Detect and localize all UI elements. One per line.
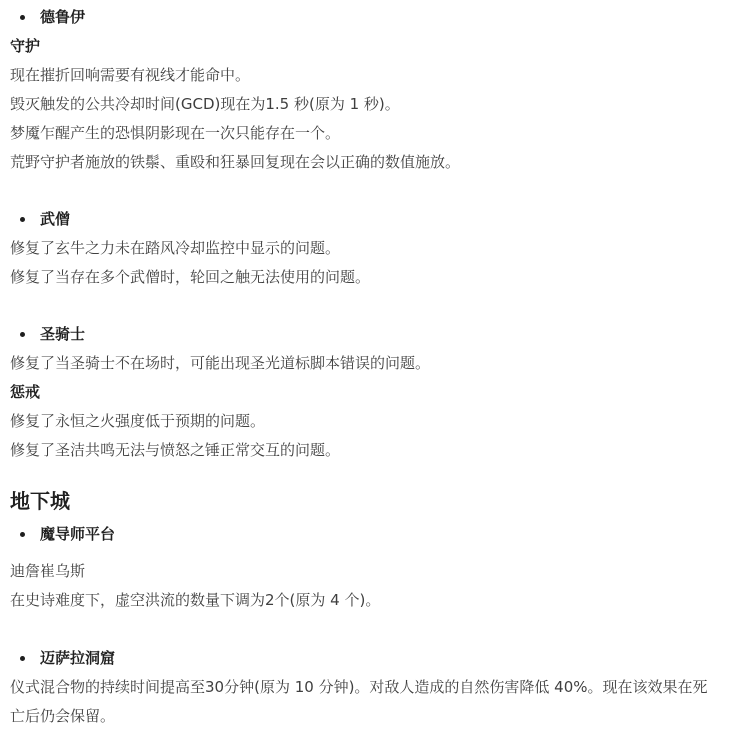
patch-notes-page: 德鲁伊 守护 现在摧折回响需要有视线才能命中。 毁灭触发的公共冷却时间(GCD)…: [0, 0, 732, 732]
patch-note-line: 修复了当圣骑士不在场时，可能出现圣光道标脚本错误的问题。: [10, 349, 722, 378]
bullet-item-magisters-terrace: 魔导师平台: [10, 520, 722, 549]
patch-note-line: 毁灭触发的公共冷却时间(GCD)现在为1.5 秒(原为 1 秒)。: [10, 90, 722, 119]
class-heading-monk: 武僧: [40, 210, 70, 228]
class-heading-druid: 德鲁伊: [40, 8, 85, 26]
section-heading-dungeons: 地下城: [10, 487, 722, 515]
patch-note-line: 仪式混合物的持续时间提高至30分钟(原为 10 分钟)。对敌人造成的自然伤害降低…: [10, 673, 722, 731]
bullet-item-paladin: 圣骑士: [10, 320, 722, 349]
patch-note-line: 在史诗难度下，虚空洪流的数量下调为2个(原为 4 个)。: [10, 586, 722, 615]
patch-note-line: 荒野守护者施放的铁鬃、重殴和狂暴回复现在会以正确的数值施放。: [10, 148, 722, 177]
bullet-icon: [20, 656, 25, 661]
bullet-icon: [20, 15, 25, 20]
dungeon-heading-magisters-terrace: 魔导师平台: [40, 525, 115, 543]
dungeon-heading-mythsara-cavern: 迈萨拉洞窟: [40, 649, 115, 667]
bullet-icon: [20, 332, 25, 337]
bullet-item-mythsara-cavern: 迈萨拉洞窟: [10, 644, 722, 673]
patch-note-line: 修复了玄牛之力未在踏风冷却监控中显示的问题。: [10, 234, 722, 263]
patch-note-line: 修复了永恒之火强度低于预期的问题。: [10, 407, 722, 436]
patch-note-line: 现在摧折回响需要有视线才能命中。: [10, 61, 722, 90]
boss-name-line: 迪詹崔乌斯: [10, 557, 722, 586]
patch-note-line: 修复了当存在多个武僧时，轮回之触无法使用的问题。: [10, 263, 722, 292]
patch-note-line: 梦魇乍醒产生的恐惧阴影现在一次只能存在一个。: [10, 119, 722, 148]
spec-heading-guardian: 守护: [10, 32, 722, 61]
bullet-icon: [20, 217, 25, 222]
class-heading-paladin: 圣骑士: [40, 325, 85, 343]
bullet-item-druid: 德鲁伊: [10, 3, 722, 32]
patch-note-line: 修复了圣洁共鸣无法与愤怒之锤正常交互的问题。: [10, 436, 722, 465]
bullet-icon: [20, 532, 25, 537]
spec-heading-retribution: 惩戒: [10, 378, 722, 407]
bullet-item-monk: 武僧: [10, 205, 722, 234]
